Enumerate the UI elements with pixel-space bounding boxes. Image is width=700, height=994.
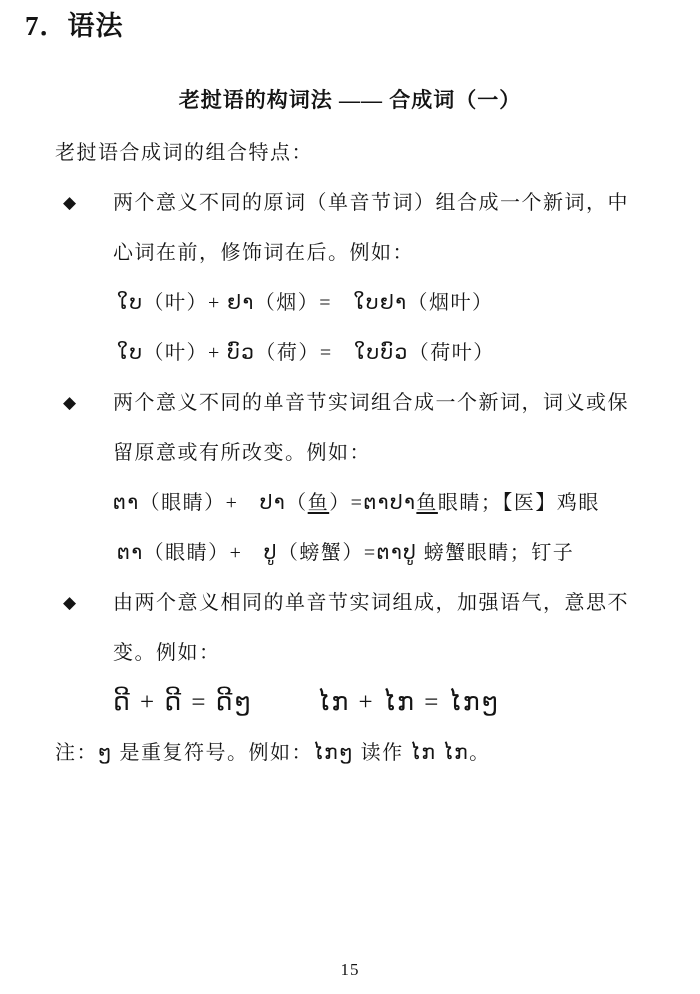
document-page: 7．语法 老挝语的构词法 —— 合成词（一） 老挝语合成词的组合特点： ◆ 两个… — [0, 0, 700, 994]
bullet-1-line-2: 心词在前，修饰词在后。例如： — [55, 228, 647, 278]
bullet-item-2: ◆ 两个意义不同的单音节实词组合成一个新词，词义或保 — [55, 378, 647, 428]
example-text: 眼睛；【医】鸡眼 — [438, 492, 600, 514]
example-line-eye-crab: ຕາ（眼睛）+ ປູ（螃蟹）=ຕາປູ 螃蟹眼睛；钉子 — [55, 528, 647, 578]
equation-right: ໄກ + ໄກ = ໄກໆ — [317, 678, 500, 728]
equation-left: ດີ + ດີ = ດີໆ — [113, 678, 253, 728]
bullet-3-line-1: 由两个意义相同的单音节实词组成，加强语气，意思不 — [113, 592, 629, 614]
example-text-underlined: 鱼 — [308, 492, 330, 514]
doc-body: 老挝语合成词的组合特点： ◆ 两个意义不同的原词（单音节词）组合成一个新词，中 … — [55, 128, 647, 778]
example-text: ຕາ（眼睛）+ ປາ（ — [113, 492, 308, 514]
bullet-2-line-1: 两个意义不同的单音节实词组合成一个新词，词义或保 — [113, 392, 629, 414]
bullet-1-line-1: 两个意义不同的原词（单音节词）组合成一个新词，中 — [113, 192, 629, 214]
example-line-eye-fish: ຕາ（眼睛）+ ປາ（鱼）=ຕາປາ鱼眼睛；【医】鸡眼 — [55, 478, 647, 528]
bullet-2-line-2: 留原意或有所改变。例如： — [55, 428, 647, 478]
diamond-bullet-icon: ◆ — [63, 178, 76, 228]
diamond-bullet-icon: ◆ — [63, 578, 76, 628]
note-line: 注：ໆ 是重复符号。例如：ໄກໆ 读作 ໄກ ໄກ。 — [55, 728, 647, 778]
example-text: ）=ຕາປາ — [329, 492, 416, 514]
doc-heading: 老挝语的构词法 —— 合成词（一） — [0, 84, 700, 114]
example-line-leaf-lotus: ໃບ（叶）+ ບົວ（荷）= ໃບບົວ（荷叶） — [55, 328, 647, 378]
bullet-3-line-2: 变。例如： — [55, 628, 647, 678]
example-text-underlined: 鱼 — [416, 492, 438, 514]
example-line-leaf-tobacco: ໃບ（叶）+ ຢາ（烟）= ໃບຢາ（烟叶） — [55, 278, 647, 328]
section-title: 7．语法 — [25, 4, 124, 43]
page-number: 15 — [0, 960, 700, 980]
bullet-item-3: ◆ 由两个意义相同的单音节实词组成，加强语气，意思不 — [55, 578, 647, 628]
diamond-bullet-icon: ◆ — [63, 378, 76, 428]
bullet-item-1: ◆ 两个意义不同的原词（单音节词）组合成一个新词，中 — [55, 178, 647, 228]
intro-line: 老挝语合成词的组合特点： — [55, 128, 647, 178]
equation-line: ດີ + ດີ = ດີໆ ໄກ + ໄກ = ໄກໆ — [55, 678, 647, 728]
